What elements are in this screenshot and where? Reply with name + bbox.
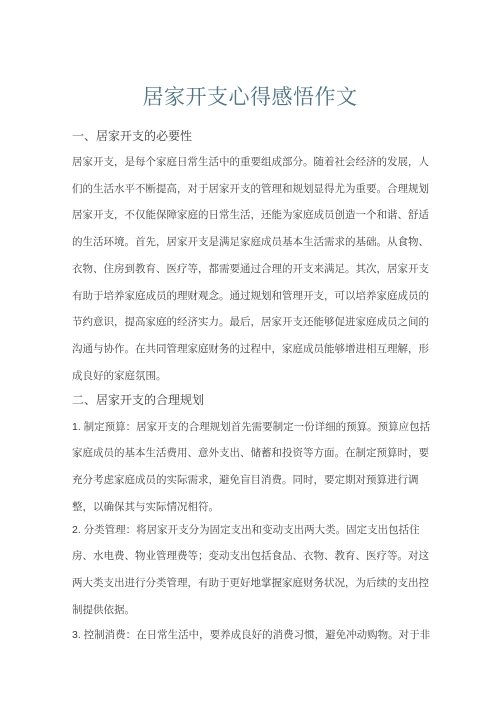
section2-item-2: 2. 分类管理：将居家开支分为固定支出和变动支出两大类。固定支出包括住 房、水电… — [72, 517, 434, 624]
text-line: 居家开支，是每个家庭日常生活中的重要组成部分。随着社会经济的发展，人 — [72, 149, 434, 176]
section1-paragraph: 居家开支，是每个家庭日常生活中的重要组成部分。随着社会经济的发展，人 们的生活水… — [72, 149, 434, 389]
text-line: 们的生活水平不断提高，对于居家开支的管理和规划显得尤为重要。合理规划 — [72, 176, 434, 203]
text-line: 节约意识，提高家庭的经济实力。最后，居家开支还能够促进家庭成员之间的 — [72, 309, 434, 336]
section2-item-1: 1. 制定预算：居家开支的合理规划首先需要制定一份详细的预算。预算应包括 家庭成… — [72, 414, 434, 521]
section2-heading: 二、居家开支的合理规划 — [72, 387, 434, 414]
text-line: 居家开支，不仅能保障家庭的日常生活，还能为家庭成员创造一个和谐、舒适 — [72, 202, 434, 229]
text-line: 的生活环境。首先，居家开支是满足家庭成员基本生活需求的基础。从食物、 — [72, 229, 434, 256]
text-line: 沟通与协作。在共同管理家庭财务的过程中，家庭成员能够增进相互理解，形 — [72, 336, 434, 363]
section1-heading: 一、居家开支的必要性 — [72, 123, 434, 150]
text-line: 家庭成员的基本生活费用、意外支出、储蓄和投资等方面。在制定预算时，要 — [72, 440, 434, 467]
text-line: 2. 分类管理：将居家开支分为固定支出和变动支出两大类。固定支出包括住 — [72, 517, 434, 544]
text-line: 两大类支出进行分类管理，有助于更好地掌握家庭财务状况，为后续的支出控 — [72, 570, 434, 597]
document-page: 居家开支心得感悟作文 一、居家开支的必要性 居家开支，是每个家庭日常生活中的重要… — [0, 0, 500, 707]
text-line: 衣物、住房到教育、医疗等，都需要通过合理的开支来满足。其次，居家开支 — [72, 256, 434, 283]
section2-item-3: 3. 控制消费：在日常生活中，要养成良好的消费习惯，避免冲动购物。对于非 — [72, 622, 434, 649]
page-title: 居家开支心得感悟作文 — [0, 85, 500, 111]
text-line: 充分考虑家庭成员的实际需求，避免盲目消费。同时，要定期对预算进行调 — [72, 467, 434, 494]
text-line: 1. 制定预算：居家开支的合理规划首先需要制定一份详细的预算。预算应包括 — [72, 414, 434, 441]
text-line: 3. 控制消费：在日常生活中，要养成良好的消费习惯，避免冲动购物。对于非 — [72, 622, 434, 649]
text-line: 制提供依据。 — [72, 597, 434, 624]
text-line: 房、水电费、物业管理费等；变动支出包括食品、衣物、教育、医疗等。对这 — [72, 543, 434, 570]
text-line: 有助于培养家庭成员的理财观念。通过规划和管理开支，可以培养家庭成员的 — [72, 283, 434, 310]
text-line: 成良好的家庭氛围。 — [72, 363, 434, 390]
